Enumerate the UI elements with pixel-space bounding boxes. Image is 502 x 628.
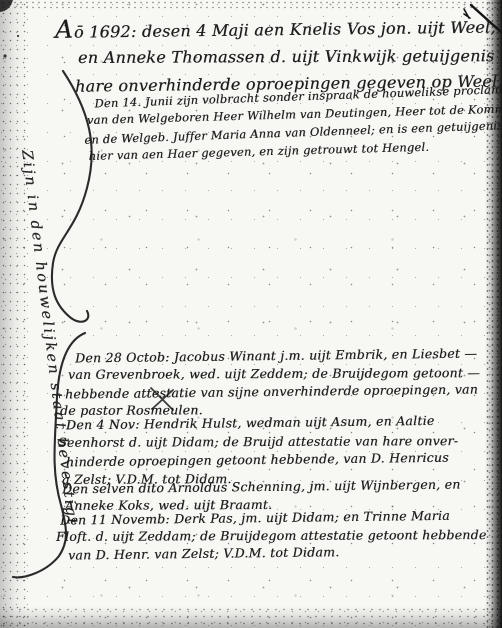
register-entry-october-28: Den 28 Octob: Jacobus Winant j.m. uijt E…: [60, 347, 480, 419]
page-edge-bottom: [0, 606, 502, 628]
manuscript-page: Zijn in den houwelijken staat bevestigt …: [0, 0, 502, 628]
manuscript-line: en Anneke Thomassen d. uijt Vinkwijk get…: [78, 42, 502, 71]
register-entry-november-11: Den 11 Novemb: Derk Pas, jm. uijt Didam;…: [56, 509, 486, 562]
manuscript-line: Aō 1692: desen 4 Maji aen Knelis Vos jon…: [55, 10, 502, 46]
corner-blot-icon: [0, 0, 19, 58]
register-entry-june-1692: Den 14. Junii zijn volbracht sonder insp…: [86, 82, 502, 164]
page-edge-left: [0, 0, 28, 628]
page-edge-top: [0, 0, 502, 11]
manuscript-line: van D. Henr. van Zelst; V.D.M. tot Didam…: [68, 541, 487, 564]
